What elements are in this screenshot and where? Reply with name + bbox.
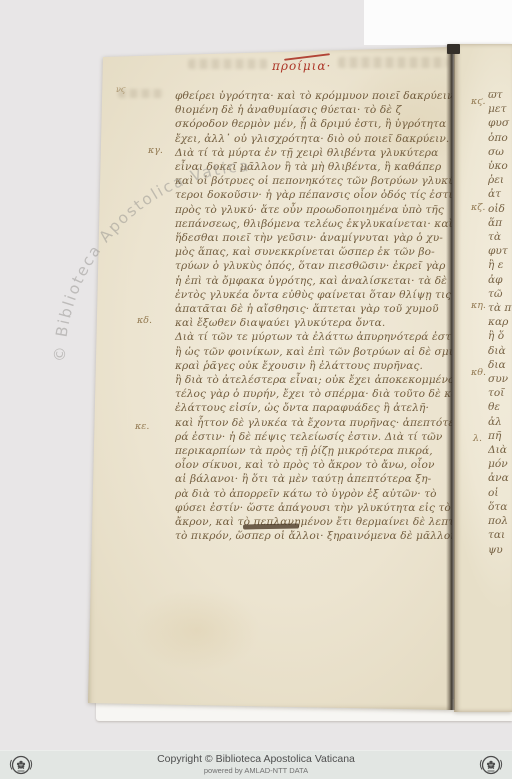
manuscript-line: τεροι δοκοῦσιν· ἡ γὰρ πέπανσις οἷον ὁδός… xyxy=(175,188,453,202)
recto-fragment-line: σω xyxy=(488,145,512,159)
recto-fragment-line: ἀτ xyxy=(488,187,512,201)
showthrough-streak xyxy=(188,59,268,69)
manuscript-line: φθείρει ὑγρότητα· καὶ τὸ κρόμμυον ποιεῖ … xyxy=(175,89,453,103)
margin-number-24: κδ. xyxy=(137,316,152,326)
recto-fragment-line: ῥει xyxy=(488,173,512,187)
recto-fragment-line: Διὰ xyxy=(488,443,512,457)
recto-fragment-line: τοῖ xyxy=(488,386,512,400)
recto-fragment-line: μετ xyxy=(488,102,512,116)
manuscript-line: οἷον σίκυοι, καὶ τὸ πρὸς τὸ ἄκρον τὸ ἄνω… xyxy=(175,458,453,472)
manuscript-line: ρὰ διὰ τὸ ἀπορρεῖν κάτω τὸ ὑγρὸν ἐξ αὐτῶ… xyxy=(175,487,453,501)
recto-fragment-line: ἢ ὅ xyxy=(488,329,512,343)
recto-fragment-line: ἅπ xyxy=(488,216,512,230)
manuscript-line: καὶ ἧττον δὲ γλυκέα τὰ ἔχοντα πυρῆνας· ἀ… xyxy=(175,416,453,430)
recto-fragment-line: ἀφ xyxy=(488,273,512,287)
manuscript-line: σκόροδον θερμὸν μέν, ᾗ ἃ δριμύ ἐστι, ἢ ὑ… xyxy=(175,117,453,131)
manuscript-line: ἀπατᾶται δὲ ἡ αἴσθησις· ἅπτεται γὰρ τοῦ … xyxy=(175,302,453,316)
recto-page-edge: κϛ. κζ. κη. κθ. λ. ϖτμετφυσὁποσωὑκοῥειἀτ… xyxy=(454,44,512,712)
recto-fragment-line: τῶ xyxy=(488,287,512,301)
recto-text-fragments: ϖτμετφυσὁποσωὑκοῥειἀτοἰδἅπτὰφυτἢ εἀφτῶτὰ… xyxy=(488,88,512,557)
manuscript-line: ἢ διὰ τὸ ἀτελέστερα εἶναι; οὐκ ἔχει ἀποκ… xyxy=(175,373,453,387)
manuscript-text-block: φθείρει ὑγρότητα· καὶ τὸ κρόμμυον ποιεῖ … xyxy=(175,89,453,544)
margin-number-28: κη. xyxy=(471,301,486,311)
recto-fragment-line: ϖτ xyxy=(488,88,512,102)
manuscript-line: ἥδεσθαι ποιεῖ τὴν γεῦσιν· ἀναμίγνυται γὰ… xyxy=(175,231,453,245)
recto-fragment-line: ὅτα xyxy=(488,500,512,514)
recto-fragment-line: οἰδ xyxy=(488,202,512,216)
manuscript-line: ἐντὸς γλυκέα ὄντα εὐθὺς φαίνεται ὅταν θλ… xyxy=(175,288,453,302)
recto-fragment-line: φυτ xyxy=(488,244,512,258)
recto-fragment-line: θε xyxy=(488,400,512,414)
page-rubric: προίμια· xyxy=(272,59,331,73)
footer-powered-by: powered by AMLAD-NTT DATA xyxy=(0,766,512,775)
recto-fragment-line: διὰ xyxy=(488,344,512,358)
recto-fragment-line: ἀλ xyxy=(488,415,512,429)
margin-number-30: λ. xyxy=(473,434,482,444)
manuscript-line: Διὰ τί τὰ μύρτα ἐν τῇ χειρὶ θλιβέντα γλυ… xyxy=(175,146,453,160)
manuscript-line: ἄκρον, καὶ τὸ πεπλανημένον ἔτι θερμαίνει… xyxy=(175,515,453,529)
recto-fragment-line: ἀνα xyxy=(488,471,512,485)
manuscript-line: ρά ἐστιν· ἡ δὲ πέψις τελείωσίς ἐστιν. Δι… xyxy=(175,430,453,444)
manuscript-line: τὸ πικρόν, ὥσπερ οἱ ἄλλοι· ξηραινόμενα δ… xyxy=(175,529,453,543)
recto-fragment-line: ται xyxy=(488,528,512,542)
manuscript-line: Διὰ τί τῶν τε μύρτων τὰ ἐλάττω ἀπυρηνότε… xyxy=(175,330,453,344)
manuscript-line: πεπάνσεως, θλιβόμενα τελέως ἐκγλυκαίνετα… xyxy=(175,217,453,231)
margin-number-27: κζ. xyxy=(471,203,485,213)
manuscript-line: καὶ οἱ βότρυες οἱ πεπονηκότες τῶν βοτρύω… xyxy=(175,174,453,188)
manuscript-line: ἔχει, ἀλλ᾽ οὐ γλισχρότητα· διὸ οὐ ποιεῖ … xyxy=(175,132,453,146)
manuscript-line: θιομένη δὲ ἡ ἀναθυμίασις θύεται· τὸ δὲ ζ xyxy=(175,103,453,117)
manuscript-line: καὶ ἔξωθεν διαψαύει γλυκύτερα ὄντα. xyxy=(175,316,453,330)
ink-strikethrough-mark xyxy=(243,524,299,530)
vatican-library-emblem-icon xyxy=(478,752,504,778)
recto-fragment-line: τὰ π xyxy=(488,301,512,315)
book-gutter xyxy=(446,46,455,710)
recto-fragment-line: μόν xyxy=(488,457,512,471)
footer-text: Copyright © Biblioteca Apostolica Vatica… xyxy=(0,753,512,775)
manuscript-line: κραὶ ῥᾶγες οὐκ ἔχουσιν ἢ ἐλάττους πυρῆνα… xyxy=(175,359,453,373)
manuscript-line: περικαρπίων τὰ πρὸς τῇ ῥίζῃ μικρότερα πι… xyxy=(175,444,453,458)
footer-bar: Copyright © Biblioteca Apostolica Vatica… xyxy=(0,750,512,779)
margin-number-29: κθ. xyxy=(471,368,486,378)
showthrough-streak xyxy=(338,57,448,68)
margin-mark: νϛ xyxy=(116,85,125,94)
vatican-library-emblem-icon xyxy=(8,752,34,778)
manuscript-line: τρύων ὁ γλυκὺς ὀπός, ὅταν πιεσθῶσιν· ἐκρ… xyxy=(175,259,453,273)
footer-copyright: Copyright © Biblioteca Apostolica Vatica… xyxy=(0,753,512,766)
manuscript-line: μὸς ἅπας, καὶ συνεκκρίνεται ὥσπερ ἐκ τῶν… xyxy=(175,245,453,259)
verso-page: προίμια· νϛ κγ. κδ. κε. φθείρει ὑγρότητα… xyxy=(88,47,452,710)
margin-number-25: κε. xyxy=(135,422,149,432)
manuscript-line: ἐλάττους εἰσίν, ὡς ὄντα παραφυάδες ἢ ἀτε… xyxy=(175,401,453,415)
manuscript-line: αἱ βάλανοι· ἢ ὅτι τὰ μὲν ταύτῃ ἀπεπτότερ… xyxy=(175,472,453,486)
margin-number-23: κγ. xyxy=(148,146,163,156)
recto-fragment-line: ὁπο xyxy=(488,131,512,145)
recto-fragment-line: πολ xyxy=(488,514,512,528)
manuscript-line: φύσει ἐστίν· ὥστε ἀπάγουσι τὴν γλυκύτητα… xyxy=(175,501,453,515)
margin-number-26: κϛ. xyxy=(471,97,486,107)
recto-fragment-line: πῆ xyxy=(488,429,512,443)
manuscript-line: ἢ ὡς τῶν φοινίκων, καὶ ἐπὶ τῶν βοτρύων α… xyxy=(175,345,453,359)
recto-fragment-line: δια xyxy=(488,358,512,372)
manuscript-line: πρὸς τὸ γλυκύ· ἅτε οὖν προωδοποιημένα ὑπ… xyxy=(175,203,453,217)
recto-fragment-line: οἱ xyxy=(488,486,512,500)
book-gutter-top-notch xyxy=(447,44,460,54)
scan-viewer-canvas: προίμια· νϛ κγ. κδ. κε. φθείρει ὑγρότητα… xyxy=(0,0,512,779)
recto-fragment-line: ὑκο xyxy=(488,159,512,173)
recto-fragment-line: τὰ xyxy=(488,230,512,244)
recto-fragment-line: ψυ xyxy=(488,543,512,557)
recto-fragment-line: φυσ xyxy=(488,116,512,130)
recto-fragment-line: ἢ ε xyxy=(488,258,512,272)
recto-fragment-line: συν xyxy=(488,372,512,386)
manuscript-line: εἶναι δοκεῖ μᾶλλον ἢ τὰ μὴ θλιβέντα, ἢ κ… xyxy=(175,160,453,174)
recto-fragment-line: καρ xyxy=(488,315,512,329)
manuscript-line: τέλος γὰρ ὁ πυρήν, ἔχει τὸ σπέρμα· διὰ τ… xyxy=(175,387,453,401)
book-spread: προίμια· νϛ κγ. κδ. κε. φθείρει ὑγρότητα… xyxy=(0,0,512,779)
manuscript-line: ἡ ἐπὶ τὰ ὄμφακα ὑγρότης, καὶ ἀναλίσκεται… xyxy=(175,274,453,288)
